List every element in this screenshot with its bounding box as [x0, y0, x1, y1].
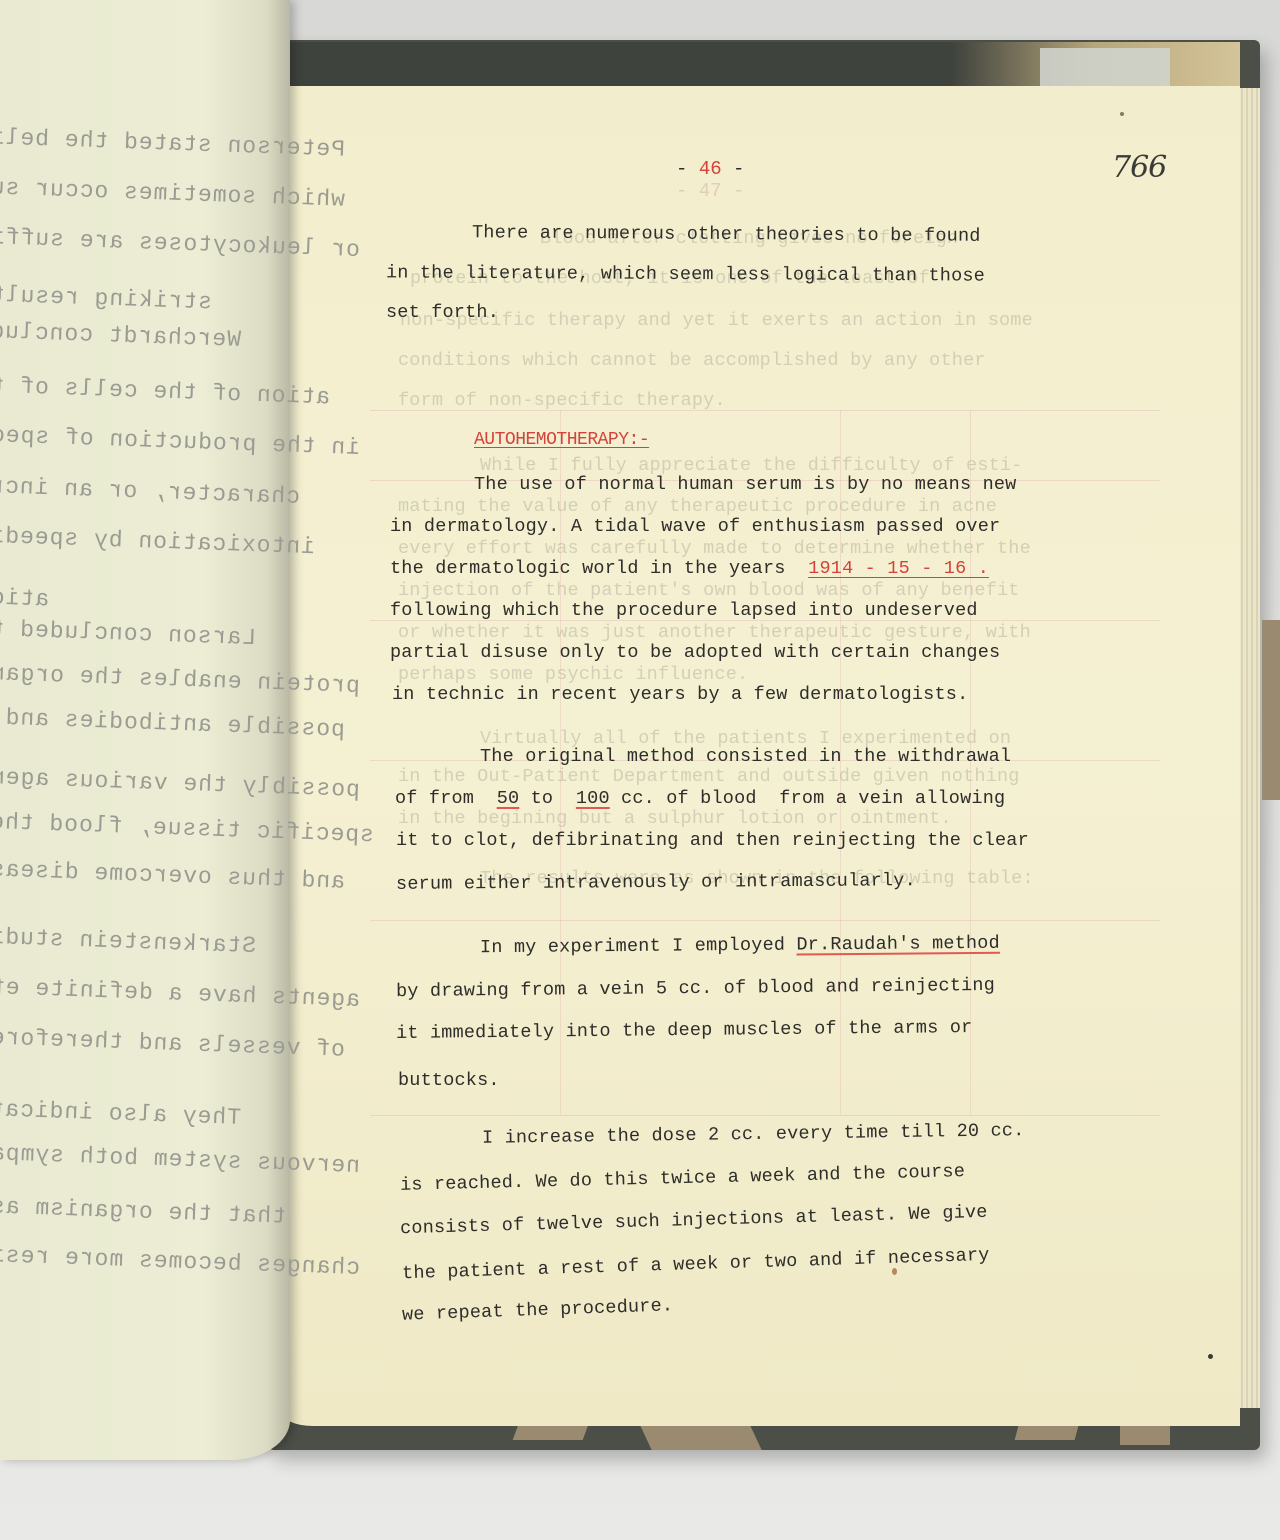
underlined-value: 100 — [576, 788, 610, 809]
bleed-through-line: injection of the patient's own blood was… — [398, 580, 1020, 601]
torn-paper-fragment — [1262, 620, 1280, 800]
bleed-through-line: every effort was carefully made to deter… — [398, 538, 1031, 559]
highlighted-years: 1914 - 15 - 16 . — [808, 558, 989, 579]
bleed-through-line: form of non-specific therapy. — [398, 390, 726, 411]
mirrored-line: striking results. — [0, 281, 212, 316]
body-line: There are numerous other theories to be … — [472, 222, 981, 247]
body-line: in technic in recent years by a few derm… — [392, 684, 968, 705]
body-line: The original method consisted in the wit… — [480, 746, 1011, 767]
body-line: serum either intravenously or intramascu… — [396, 870, 916, 895]
ink-spot — [1120, 112, 1124, 116]
bleed-through-line: in the Out-Patient Department and outsid… — [398, 766, 1020, 787]
tape-strip — [1040, 48, 1170, 88]
mirrored-line: Werchardt concluded — [0, 317, 242, 353]
bleed-grid-line — [370, 920, 1160, 921]
ink-spot — [1208, 1354, 1213, 1359]
left-page: Peterson stated the belief which sometim… — [0, 0, 290, 1460]
body-line: partial disuse only to be adopted with c… — [390, 642, 1000, 663]
page-number-dash: - — [722, 158, 745, 180]
body-text: to — [519, 788, 576, 809]
body-text: cc. of blood from a vein allowing — [610, 788, 1006, 809]
ghost-page-number: - 47 - — [676, 180, 744, 202]
body-line: the dermatologic world in the years 1914… — [390, 558, 989, 579]
body-text: the dermatologic world in the years — [390, 558, 808, 579]
mirrored-line: character, or an increa — [0, 472, 301, 510]
section-heading: AUTOHEMOTHERAPY:- — [474, 430, 649, 450]
body-line: The use of normal human serum is by no m… — [474, 474, 1017, 495]
body-text: In my experiment I employed — [480, 935, 797, 959]
bleed-through-line: conditions which cannot be accomplished … — [398, 350, 986, 371]
bleed-through-line: mating the value of any therapeutic proc… — [398, 496, 997, 517]
mirrored-line: Larson concluded tha — [0, 615, 256, 651]
mirrored-line: intoxication by speeding — [0, 522, 316, 560]
bleed-through-line: perhaps some psychic influence. — [398, 664, 748, 685]
bleed-grid-line — [370, 1115, 1160, 1116]
body-line: in the literature, which seem less logic… — [386, 262, 985, 286]
page-number-value: 46 — [699, 158, 722, 180]
mirrored-line: ation of the cells of the — [0, 372, 330, 411]
body-line: buttocks. — [398, 1070, 500, 1091]
bleed-through-line: or whether it was just another therapeut… — [398, 622, 1031, 643]
body-text: of from — [395, 788, 497, 809]
handwritten-folio-number: 766 — [1112, 150, 1166, 185]
page-number: - 46 - — [676, 158, 744, 180]
body-line: set forth. — [386, 302, 499, 323]
page-stack-edges — [1238, 88, 1260, 1408]
body-line: in dermatology. A tidal wave of enthusia… — [390, 516, 1000, 537]
mirrored-line: that the organism as a — [0, 1192, 286, 1229]
page-number-dash: - — [676, 158, 699, 180]
underlined-value: 50 — [497, 788, 520, 809]
underlined-method: Dr.Raudah's method — [796, 933, 1000, 956]
bleed-through-line: in the begining but a sulphur lotion or … — [398, 808, 952, 829]
mirrored-line: Starkenstein studies — [0, 923, 256, 959]
mirrored-line: They also indicated — [0, 1095, 242, 1131]
mirrored-line: ation. — [0, 583, 49, 612]
left-page-mirrored-text: Peterson stated the belief which sometim… — [0, 0, 290, 1460]
body-line: it to clot, defibrinating and then reinj… — [396, 830, 1029, 851]
ink-spot — [892, 1268, 897, 1275]
bleed-through-line: While I fully appreciate the difficulty … — [480, 455, 1023, 476]
body-line: following which the procedure lapsed int… — [390, 600, 978, 621]
body-line: of from 50 to 100 cc. of blood from a ve… — [395, 788, 1005, 809]
